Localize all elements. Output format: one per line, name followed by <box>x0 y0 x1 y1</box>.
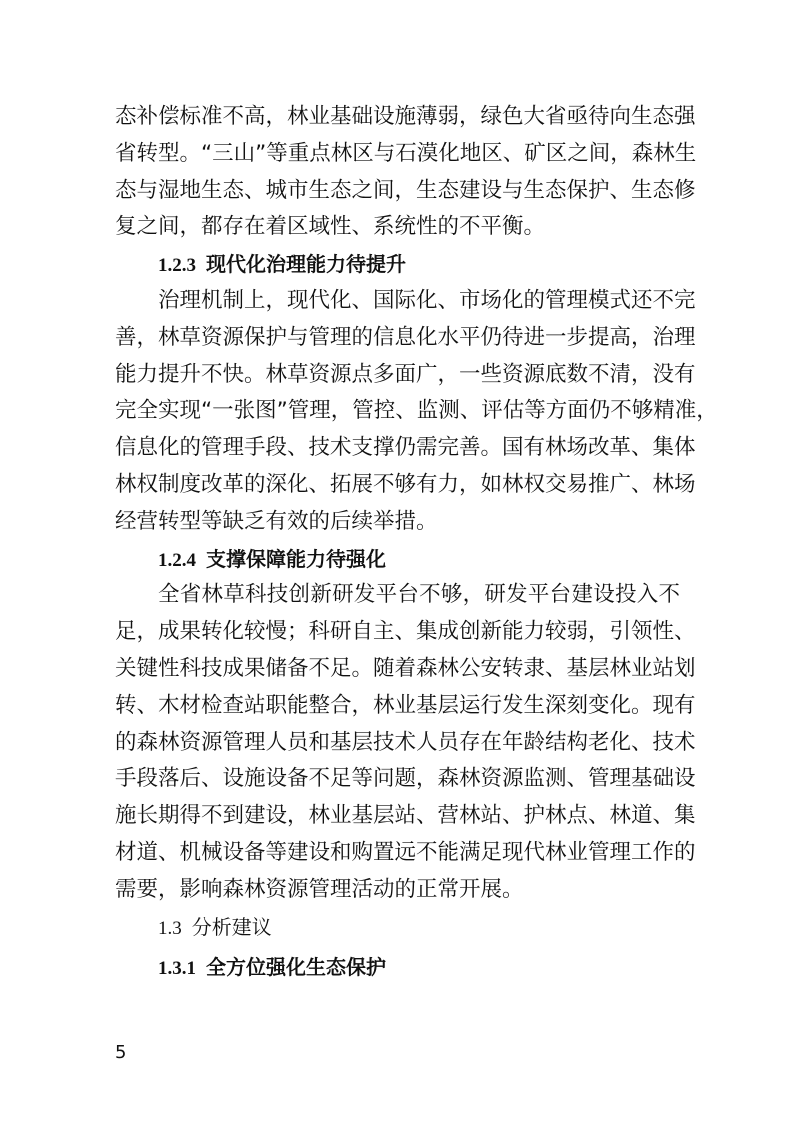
text-line: 关键性科技成果储备不足。随着森林公安转隶、基层林业站划 <box>115 651 680 688</box>
section-heading-1-3-1: 1.3.1全方位强化生态保护 <box>115 949 680 986</box>
section-number: 1.2.3 <box>158 255 196 276</box>
document-page: 态补偿标准不高，林业基础设施薄弱，绿色大省亟待向生态强 省转型。“三山”等重点林… <box>0 0 793 1122</box>
text-line: 手段落后、设施设备不足等问题，森林资源监测、管理基础设 <box>115 761 680 798</box>
text-line: 信息化的管理手段、技术支撑仍需完善。国有林场改革、集体 <box>115 430 680 467</box>
text-line: 经营转型等缺乏有效的后续举措。 <box>115 504 680 541</box>
text-line: 态补偿标准不高，林业基础设施薄弱，绿色大省亟待向生态强 <box>115 99 680 136</box>
text-line: 的森林资源管理人员和基层技术人员存在年龄结构老化、技术 <box>115 725 680 762</box>
section-heading-1-2-3: 1.2.3现代化治理能力待提升 <box>115 246 680 283</box>
section-heading-1-3: 1.3分析建议 <box>115 909 680 946</box>
section-number: 1.3 <box>158 918 182 939</box>
section-number: 1.3.1 <box>158 958 196 979</box>
section-heading-1-2-4: 1.2.4支撑保障能力待强化 <box>115 541 680 578</box>
text-line: 态与湿地生态、城市生态之间，生态建设与生态保护、生态修 <box>115 173 680 210</box>
text-line: 全省林草科技创新研发平台不够，研发平台建设投入不 <box>115 577 680 614</box>
section-title: 支撑保障能力待强化 <box>206 547 386 571</box>
text-line: 治理机制上，现代化、国际化、市场化的管理模式还不完 <box>115 283 680 320</box>
section-title: 分析建议 <box>192 915 272 939</box>
text-line: 林权制度改革的深化、拓展不够有力，如林权交易推广、林场 <box>115 467 680 504</box>
document-body: 态补偿标准不高，林业基础设施薄弱，绿色大省亟待向生态强 省转型。“三山”等重点林… <box>115 99 680 986</box>
paragraph-intro: 态补偿标准不高，林业基础设施薄弱，绿色大省亟待向生态强 省转型。“三山”等重点林… <box>115 99 680 246</box>
text-line: 转、木材检查站职能整合，林业基层运行发生深刻变化。现有 <box>115 688 680 725</box>
text-line: 材道、机械设备等建设和购置远不能满足现代林业管理工作的 <box>115 835 680 872</box>
paragraph-governance: 治理机制上，现代化、国际化、市场化的管理模式还不完 善，林草资源保护与管理的信息… <box>115 283 680 541</box>
section-title: 现代化治理能力待提升 <box>206 252 406 276</box>
text-line: 省转型。“三山”等重点林区与石漠化地区、矿区之间，森林生 <box>115 136 680 173</box>
page-number: 5 <box>115 1042 126 1063</box>
text-line: 复之间，都存在着区域性、系统性的不平衡。 <box>115 209 680 246</box>
text-line: 能力提升不快。林草资源点多面广，一些资源底数不清，没有 <box>115 357 680 394</box>
text-line: 施长期得不到建设，林业基层站、营林站、护林点、林道、集 <box>115 798 680 835</box>
paragraph-support: 全省林草科技创新研发平台不够，研发平台建设投入不 足，成果转化较慢；科研自主、集… <box>115 577 680 908</box>
text-line: 完全实现“一张图”管理，管控、监测、评估等方面仍不够精准， <box>115 393 680 430</box>
text-line: 需要，影响森林资源管理活动的正常开展。 <box>115 872 680 909</box>
text-line: 足，成果转化较慢；科研自主、集成创新能力较弱，引领性、 <box>115 614 680 651</box>
section-number: 1.2.4 <box>158 550 196 571</box>
section-title: 全方位强化生态保护 <box>206 955 386 979</box>
text-line: 善，林草资源保护与管理的信息化水平仍待进一步提高，治理 <box>115 320 680 357</box>
